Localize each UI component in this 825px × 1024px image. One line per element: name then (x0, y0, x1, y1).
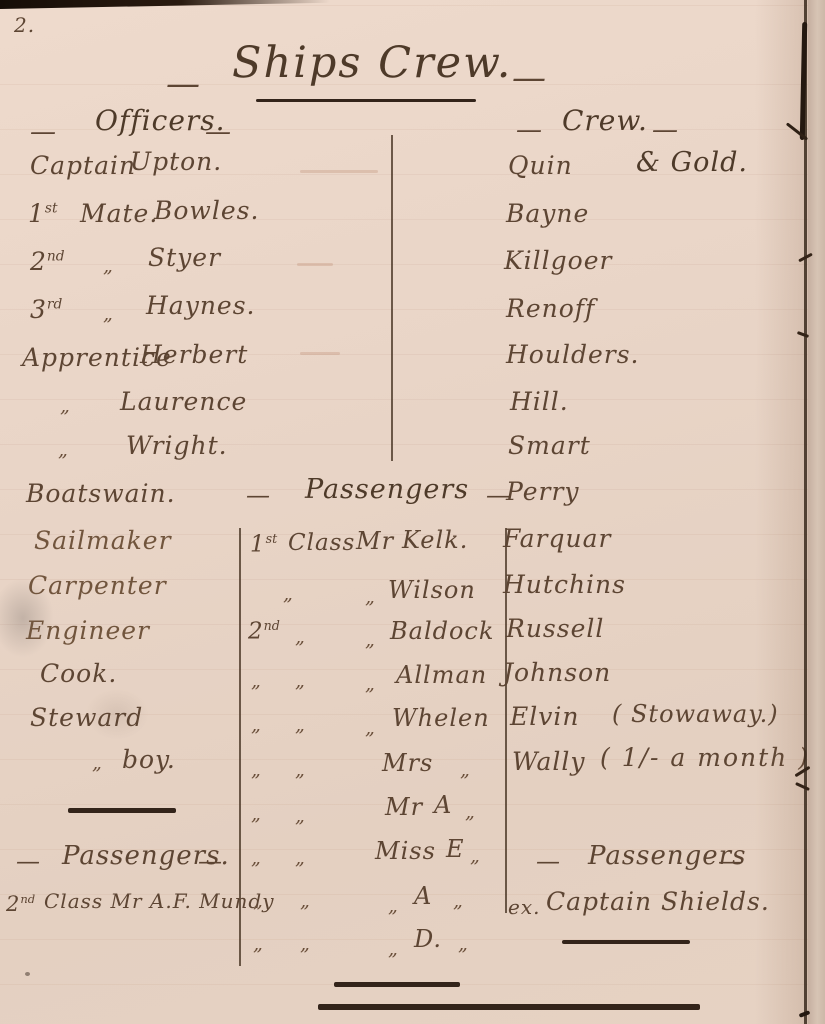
faded-mark (300, 352, 340, 355)
binding-stitch (795, 782, 810, 791)
crew-name: Killgoer (504, 247, 612, 275)
title-dash-right: — (512, 60, 547, 97)
officer-name: Herbert (140, 341, 248, 369)
crew-dash-left: — (516, 116, 543, 145)
ditto-mark: „ (453, 891, 464, 912)
passenger-name: Kelk. (402, 527, 468, 553)
class-ordinal: st (266, 531, 278, 546)
officer-name: Laurence (120, 388, 247, 416)
ditto-mark: „ (295, 760, 306, 781)
officer-name: Styer (148, 244, 221, 272)
crew-name: Renoff (506, 295, 595, 323)
middle-passengers-header: Passengers (305, 475, 469, 505)
crew-extra: & Gold. (636, 148, 748, 178)
binding-thread-tail (786, 122, 808, 140)
ditto-mark: „ (365, 630, 376, 651)
page-number: 2. (14, 14, 35, 36)
logbook-page: 2. — Ships Crew. — — Officers. — Captain… (0, 0, 825, 1024)
officers-dash-right: — (205, 118, 232, 147)
section-rule (334, 982, 460, 987)
left-passengers-dash-left: — (16, 848, 41, 874)
section-rule (562, 940, 690, 944)
crew-name: Houlders. (506, 341, 639, 369)
passenger-prefix: ex. (508, 896, 540, 918)
officer-role: Captain (30, 152, 136, 180)
ditto-mark: „ (253, 934, 264, 955)
passenger-class-word: Class (288, 531, 355, 556)
passenger-class: 2nd (6, 893, 35, 916)
title-underline (256, 99, 476, 102)
crew-name: Hill. (510, 388, 569, 416)
ditto-mark: „ (365, 587, 376, 608)
passenger-name: D. (414, 926, 442, 952)
officer-rank: 2nd (30, 248, 65, 276)
ditto-mark: „ (300, 934, 311, 955)
class-number: 2 (248, 619, 264, 645)
ditto-mark: „ (295, 715, 306, 736)
binding-stitch (797, 331, 809, 338)
ditto-mark: „ (388, 896, 399, 917)
ditto-mark: „ (251, 848, 262, 869)
passenger-title: Mrs (382, 750, 433, 776)
officer-name: Haynes. (146, 292, 256, 320)
ditto-mark: „ (365, 718, 376, 739)
ditto-mark: „ (300, 891, 311, 912)
rank-ordinal: st (45, 201, 58, 217)
crew-dash-right: — (652, 116, 679, 145)
class-number: 2 (6, 892, 20, 916)
section-rule (68, 808, 176, 813)
left-passengers-dash-right: — (198, 848, 223, 874)
rank-ordinal: rd (47, 297, 62, 313)
officer-role: Steward (30, 704, 143, 732)
passenger-name: A (414, 883, 432, 909)
officer-rank: 1st (28, 200, 58, 228)
crew-name: Smart (508, 432, 591, 460)
crew-name: Bayne (506, 200, 589, 228)
rank-ordinal: nd (47, 249, 65, 265)
ditto-mark: „ (295, 848, 306, 869)
crew-name: Perry (506, 478, 580, 506)
crew-name: Hutchins (503, 571, 626, 599)
officers-dash-left: — (30, 118, 57, 147)
crew-name: Farquar (503, 525, 611, 553)
officer-role: Mate. (80, 200, 158, 228)
officer-rank: 3rd (30, 296, 62, 324)
officer-name: Bowles. (154, 197, 259, 225)
class-ordinal: nd (264, 618, 280, 633)
passenger-entry: Captain Shields. (546, 888, 770, 916)
ditto-mark: „ (460, 760, 471, 781)
page-top-edge (0, 0, 330, 9)
ditto-mark: „ (470, 846, 481, 867)
ditto-mark: „ (60, 396, 71, 417)
ditto-mark: „ (253, 891, 264, 912)
rank-number: 2 (30, 247, 47, 276)
ditto-mark: „ (295, 671, 306, 692)
crew-name: Elvin (510, 703, 579, 731)
officer-name: Wright. (126, 432, 228, 460)
crew-header: Crew. (562, 106, 648, 137)
binding-gutter (808, 0, 825, 1024)
ditto-mark: „ (251, 671, 262, 692)
page-title: Ships Crew. (232, 40, 512, 87)
crew-name: Wally (512, 748, 586, 776)
ditto-mark: „ (365, 674, 376, 695)
passenger-name: Baldock (390, 618, 494, 644)
ditto-mark: „ (283, 584, 294, 605)
rank-number: 3 (30, 295, 47, 324)
officer-role: Engineer (26, 617, 150, 645)
passenger-class: 2nd (248, 619, 280, 645)
officer-role: Carpenter (28, 572, 167, 600)
middle-passengers-dash-left: — (246, 482, 271, 508)
rank-number: 1 (28, 199, 45, 228)
passenger-entry: Class Mr A.F. Mundy (44, 890, 275, 912)
passenger-title: Mr (385, 794, 423, 820)
ditto-mark: „ (458, 934, 469, 955)
class-number: 1 (250, 532, 266, 558)
officer-role: Sailmaker (34, 527, 172, 555)
crew-note: ( 1/- a month ) (600, 744, 810, 772)
ditto-mark: „ (103, 304, 114, 325)
passenger-name: Whelen (392, 705, 490, 731)
passenger-name: E (446, 836, 465, 862)
faded-mark (300, 170, 378, 173)
ditto-mark: „ (251, 760, 262, 781)
crew-name: Johnson (503, 659, 611, 687)
binding-stitch (798, 253, 813, 263)
ditto-mark: „ (251, 715, 262, 736)
ditto-mark: „ (92, 753, 103, 774)
binding-shadow (755, 0, 825, 1024)
ditto-mark: „ (103, 256, 114, 277)
faded-mark (297, 263, 333, 266)
officer-name: boy. (122, 746, 176, 774)
title-dash-left: — (166, 66, 201, 103)
column-divider (391, 135, 393, 461)
passenger-name: Wilson (388, 577, 476, 603)
ditto-mark: „ (251, 804, 262, 825)
binding-thread (800, 22, 807, 140)
ditto-mark: „ (388, 939, 399, 960)
ditto-mark: „ (295, 806, 306, 827)
page-bottom-rule (318, 1004, 700, 1010)
passenger-name: A (434, 792, 452, 818)
crew-note: ( Stowaway.) (612, 701, 779, 727)
ditto-mark: „ (295, 627, 306, 648)
binding-stitch (799, 1010, 811, 1018)
paper-speck (25, 972, 30, 976)
ditto-mark: „ (58, 440, 69, 461)
ditto-mark: „ (465, 802, 476, 823)
officer-name: Upton. (130, 148, 222, 176)
passenger-name: Allman (396, 662, 487, 688)
passenger-title: Miss (375, 838, 436, 864)
crew-name: Russell (506, 615, 604, 643)
officer-role: Cook. (40, 660, 117, 688)
right-passengers-dash-right: — (718, 848, 743, 874)
officer-role: Boatswain. (26, 480, 176, 508)
passenger-title: Mr (356, 528, 394, 554)
binding-line (804, 0, 807, 1024)
class-ordinal: nd (20, 892, 35, 906)
crew-name: Quin (508, 152, 573, 180)
right-passengers-dash-left: — (536, 848, 561, 874)
passenger-class: 1st (250, 532, 277, 558)
